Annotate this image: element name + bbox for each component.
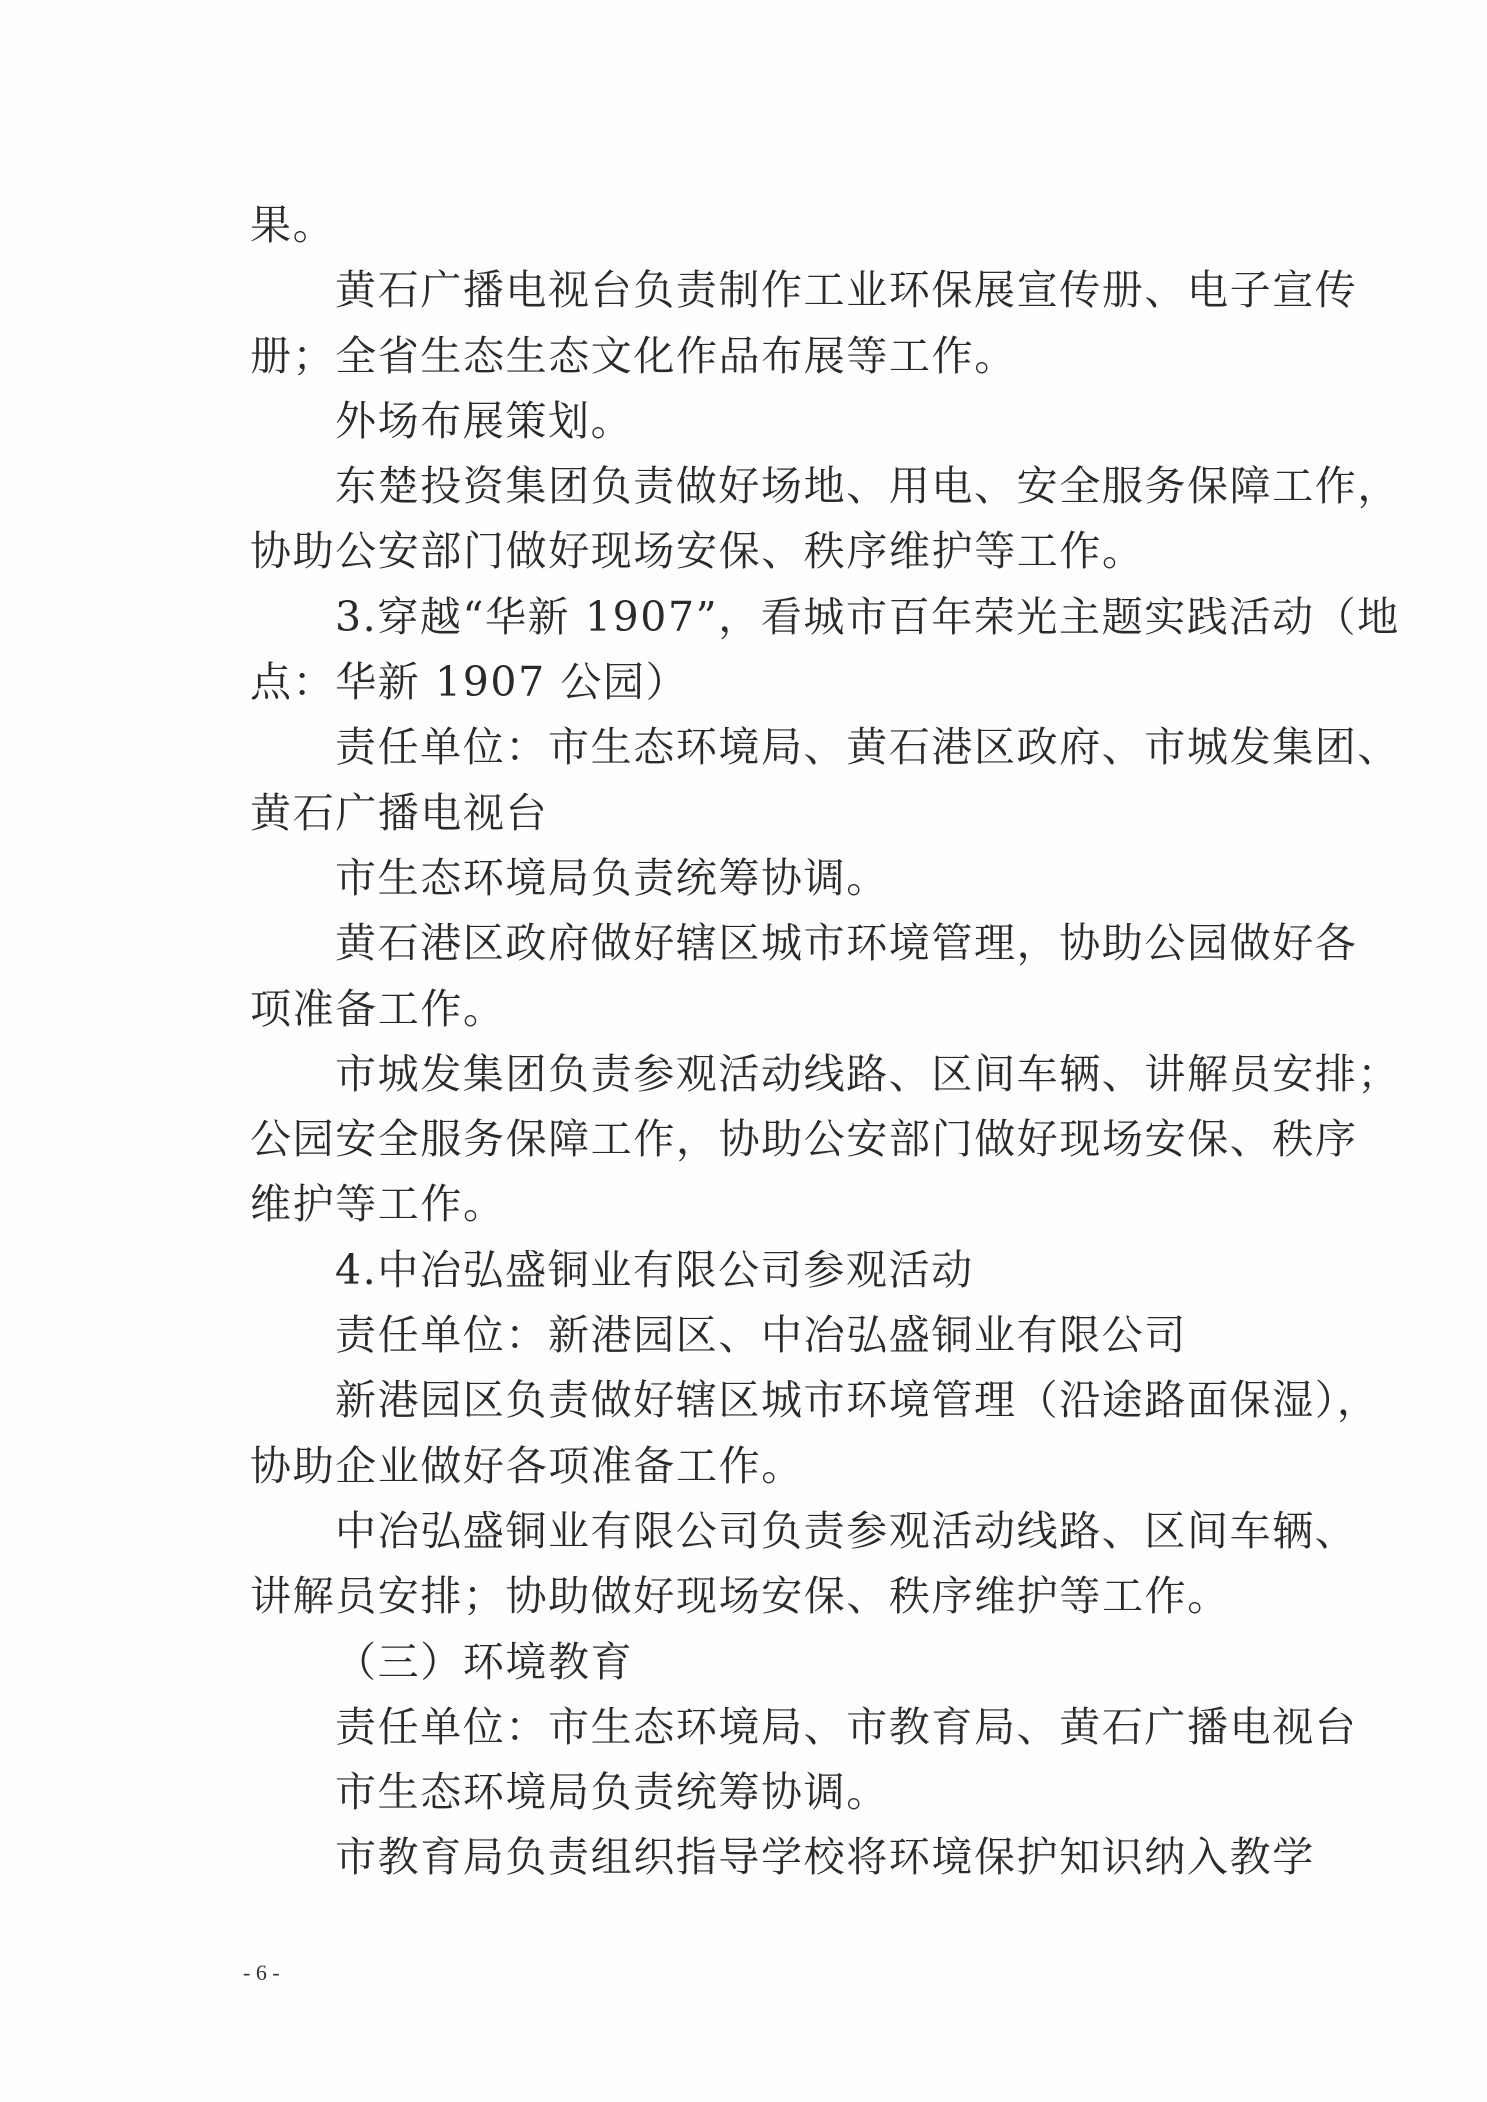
paragraph-line: 责任单位：市生态环境局、市教育局、黄石广播电视台 xyxy=(250,1695,1276,1760)
paragraph-line: 项准备工作。 xyxy=(250,977,1280,1042)
paragraph-line: 维护等工作。 xyxy=(250,1172,1280,1237)
paragraph-line: 册；全省生态生态文化作品布展等工作。 xyxy=(250,324,1280,389)
paragraph-line: 新港园区负责做好辖区城市环境管理（沿途路面保湿）， xyxy=(250,1368,1276,1433)
paragraph-line: （三）环境教育 xyxy=(250,1630,1280,1695)
paragraph-line: 公园安全服务保障工作，协助公安部门做好现场安保、秩序 xyxy=(250,1107,1276,1172)
paragraph-line: 4.中冶弘盛铜业有限公司参观活动 xyxy=(250,1238,1280,1303)
paragraph-line: 市教育局负责组织指导学校将环境保护知识纳入教学 xyxy=(250,1825,1276,1890)
paragraph-line: 市生态环境局负责统筹协调。 xyxy=(250,1760,1280,1825)
paragraph-line: 中冶弘盛铜业有限公司负责参观活动线路、区间车辆、 xyxy=(250,1499,1276,1564)
paragraph-line: 黄石港区政府做好辖区城市环境管理，协助公园做好各 xyxy=(250,911,1276,976)
document-body: 果。黄石广播电视台负责制作工业环保展宣传册、电子宣传册；全省生态生态文化作品布展… xyxy=(250,193,1280,1891)
paragraph-line: 责任单位：市生态环境局、黄石港区政府、市城发集团、 xyxy=(250,715,1276,780)
paragraph-line: 协助公安部门做好现场安保、秩序维护等工作。 xyxy=(250,519,1280,584)
paragraph-line: 果。 xyxy=(250,193,1280,258)
document-page: 果。黄石广播电视台负责制作工业环保展宣传册、电子宣传册；全省生态生态文化作品布展… xyxy=(0,0,1487,2102)
paragraph-line: 讲解员安排；协助做好现场安保、秩序维护等工作。 xyxy=(250,1564,1280,1629)
paragraph-line: 协助企业做好各项准备工作。 xyxy=(250,1434,1280,1499)
paragraph-line: 3.穿越“华新 1907”，看城市百年荣光主题实践活动（地 xyxy=(250,585,1276,650)
paragraph-line: 黄石广播电视台 xyxy=(250,781,1280,846)
paragraph-line: 市城发集团负责参观活动线路、区间车辆、讲解员安排； xyxy=(250,1042,1276,1107)
paragraph-line: 东楚投资集团负责做好场地、用电、安全服务保障工作， xyxy=(250,454,1276,519)
paragraph-line: 责任单位：新港园区、中冶弘盛铜业有限公司 xyxy=(250,1303,1280,1368)
paragraph-line: 点：华新 1907 公园） xyxy=(250,650,1280,715)
page-number: - 6 - xyxy=(243,1960,280,1986)
paragraph-line: 市生态环境局负责统筹协调。 xyxy=(250,846,1280,911)
paragraph-line: 外场布展策划。 xyxy=(250,389,1280,454)
paragraph-line: 黄石广播电视台负责制作工业环保展宣传册、电子宣传 xyxy=(250,258,1276,323)
